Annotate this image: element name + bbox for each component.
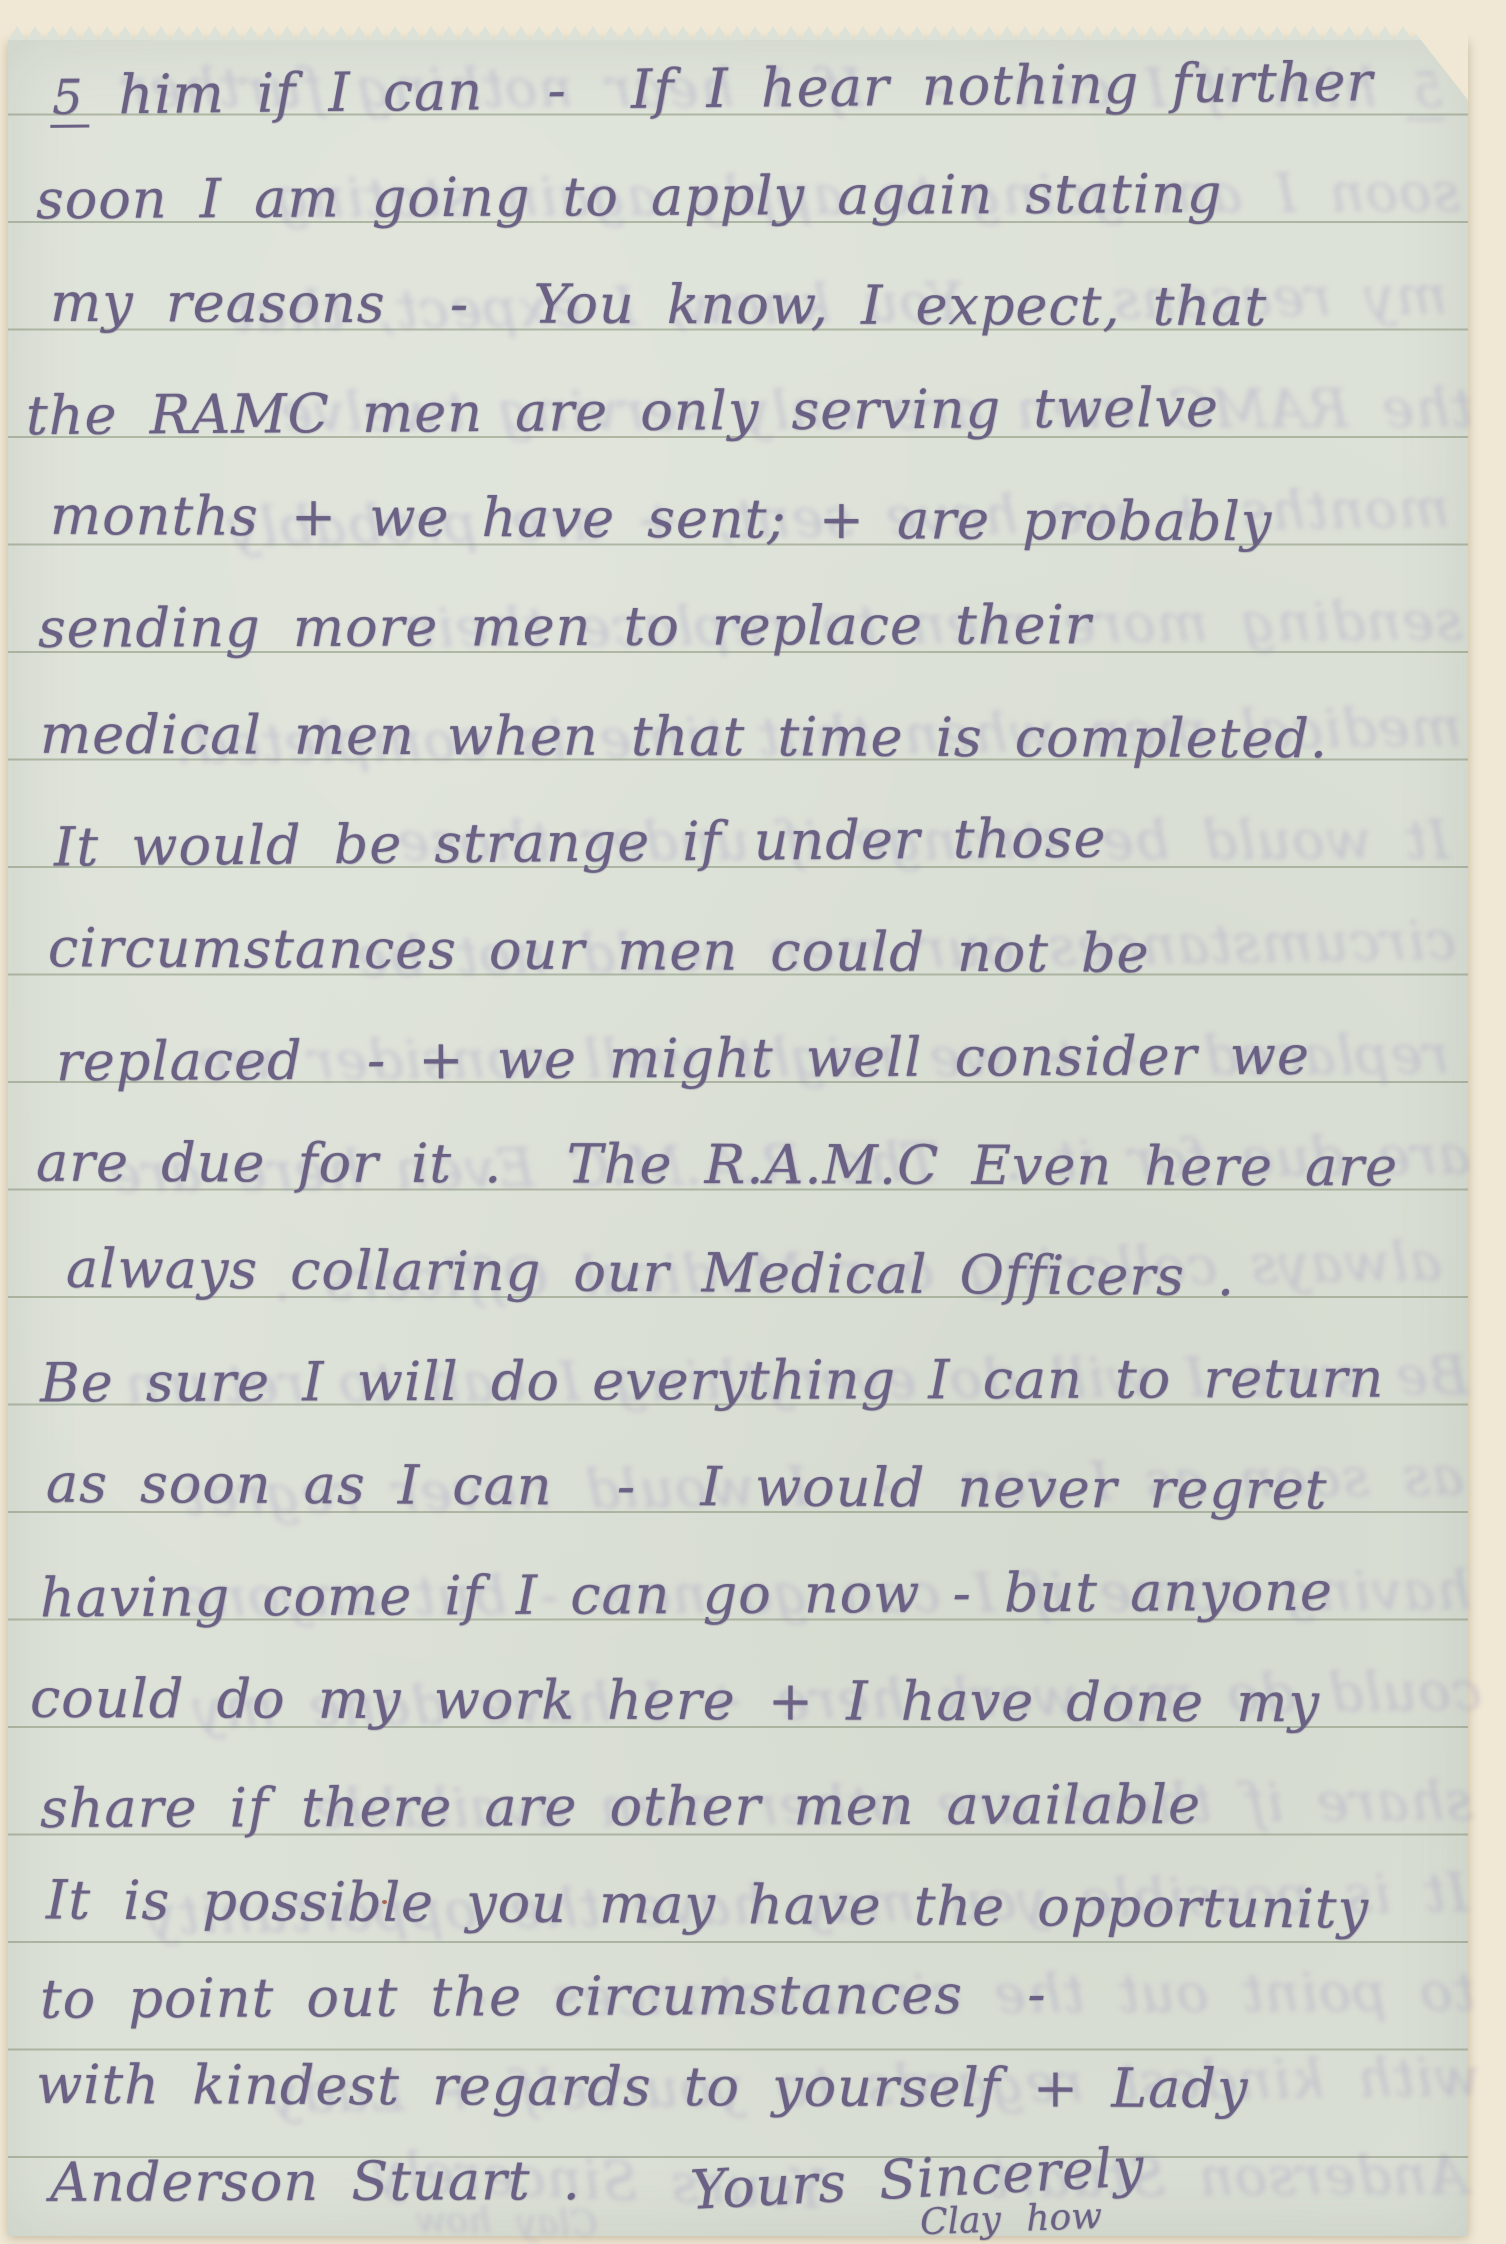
handwritten-line: Anderson Stuart .: [50, 2154, 581, 2210]
handwritten-line: could do my work here + I have done my: [30, 1672, 1320, 1731]
handwritten-line: with kindest regards to yourself + Lady: [36, 2058, 1249, 2116]
page-background: 5him if I can - If I hear nothing furthe…: [0, 0, 1506, 2244]
handwritten-line: share if there are other men available: [40, 1778, 1201, 1836]
handwritten-line: replaced - + we might well consider we: [56, 1029, 1310, 1090]
handwritten-line: having come if I can go now - but anyone: [40, 1565, 1333, 1626]
handwritten-line: always collaring our Medical Officers .: [66, 1242, 1236, 1304]
signature-scribble: Clay how: [919, 2199, 1102, 2241]
handwritten-line: It is possible you may have the opportun…: [46, 1873, 1369, 1936]
handwritten-line: Be sure I will do everything I can to re…: [40, 1352, 1384, 1411]
handwritten-line: circumstances our men could not be: [48, 921, 1150, 981]
handwriting-layer: 5him if I can - If I hear nothing furthe…: [0, 0, 1506, 2244]
handwritten-line: 5him if I can - If I hear nothing furthe…: [50, 55, 1374, 128]
handwritten-line: medical men when that time is completed.: [40, 708, 1328, 766]
handwritten-line: the RAMC men are only serving twelve: [26, 381, 1219, 443]
handwritten-line: as soon as I can - I would never regret: [46, 1457, 1328, 1518]
handwritten-line: are due for it . The R.A.M.C Even here a…: [36, 1136, 1398, 1195]
handwritten-line: soon I am going to apply again stating: [36, 167, 1223, 227]
handwritten-line: my reasons - You know, I expect, that: [50, 276, 1267, 334]
handwritten-line: to point out the circumstances -: [40, 1967, 1047, 2026]
page-number: 5: [50, 74, 89, 128]
handwritten-line: It would be strange if under those: [54, 811, 1107, 874]
line-text: him if I can - If I hear nothing further: [118, 50, 1373, 126]
handwritten-line: sending more men to replace their: [38, 598, 1092, 656]
handwritten-line: months + we have sent; + are probably: [50, 489, 1273, 549]
